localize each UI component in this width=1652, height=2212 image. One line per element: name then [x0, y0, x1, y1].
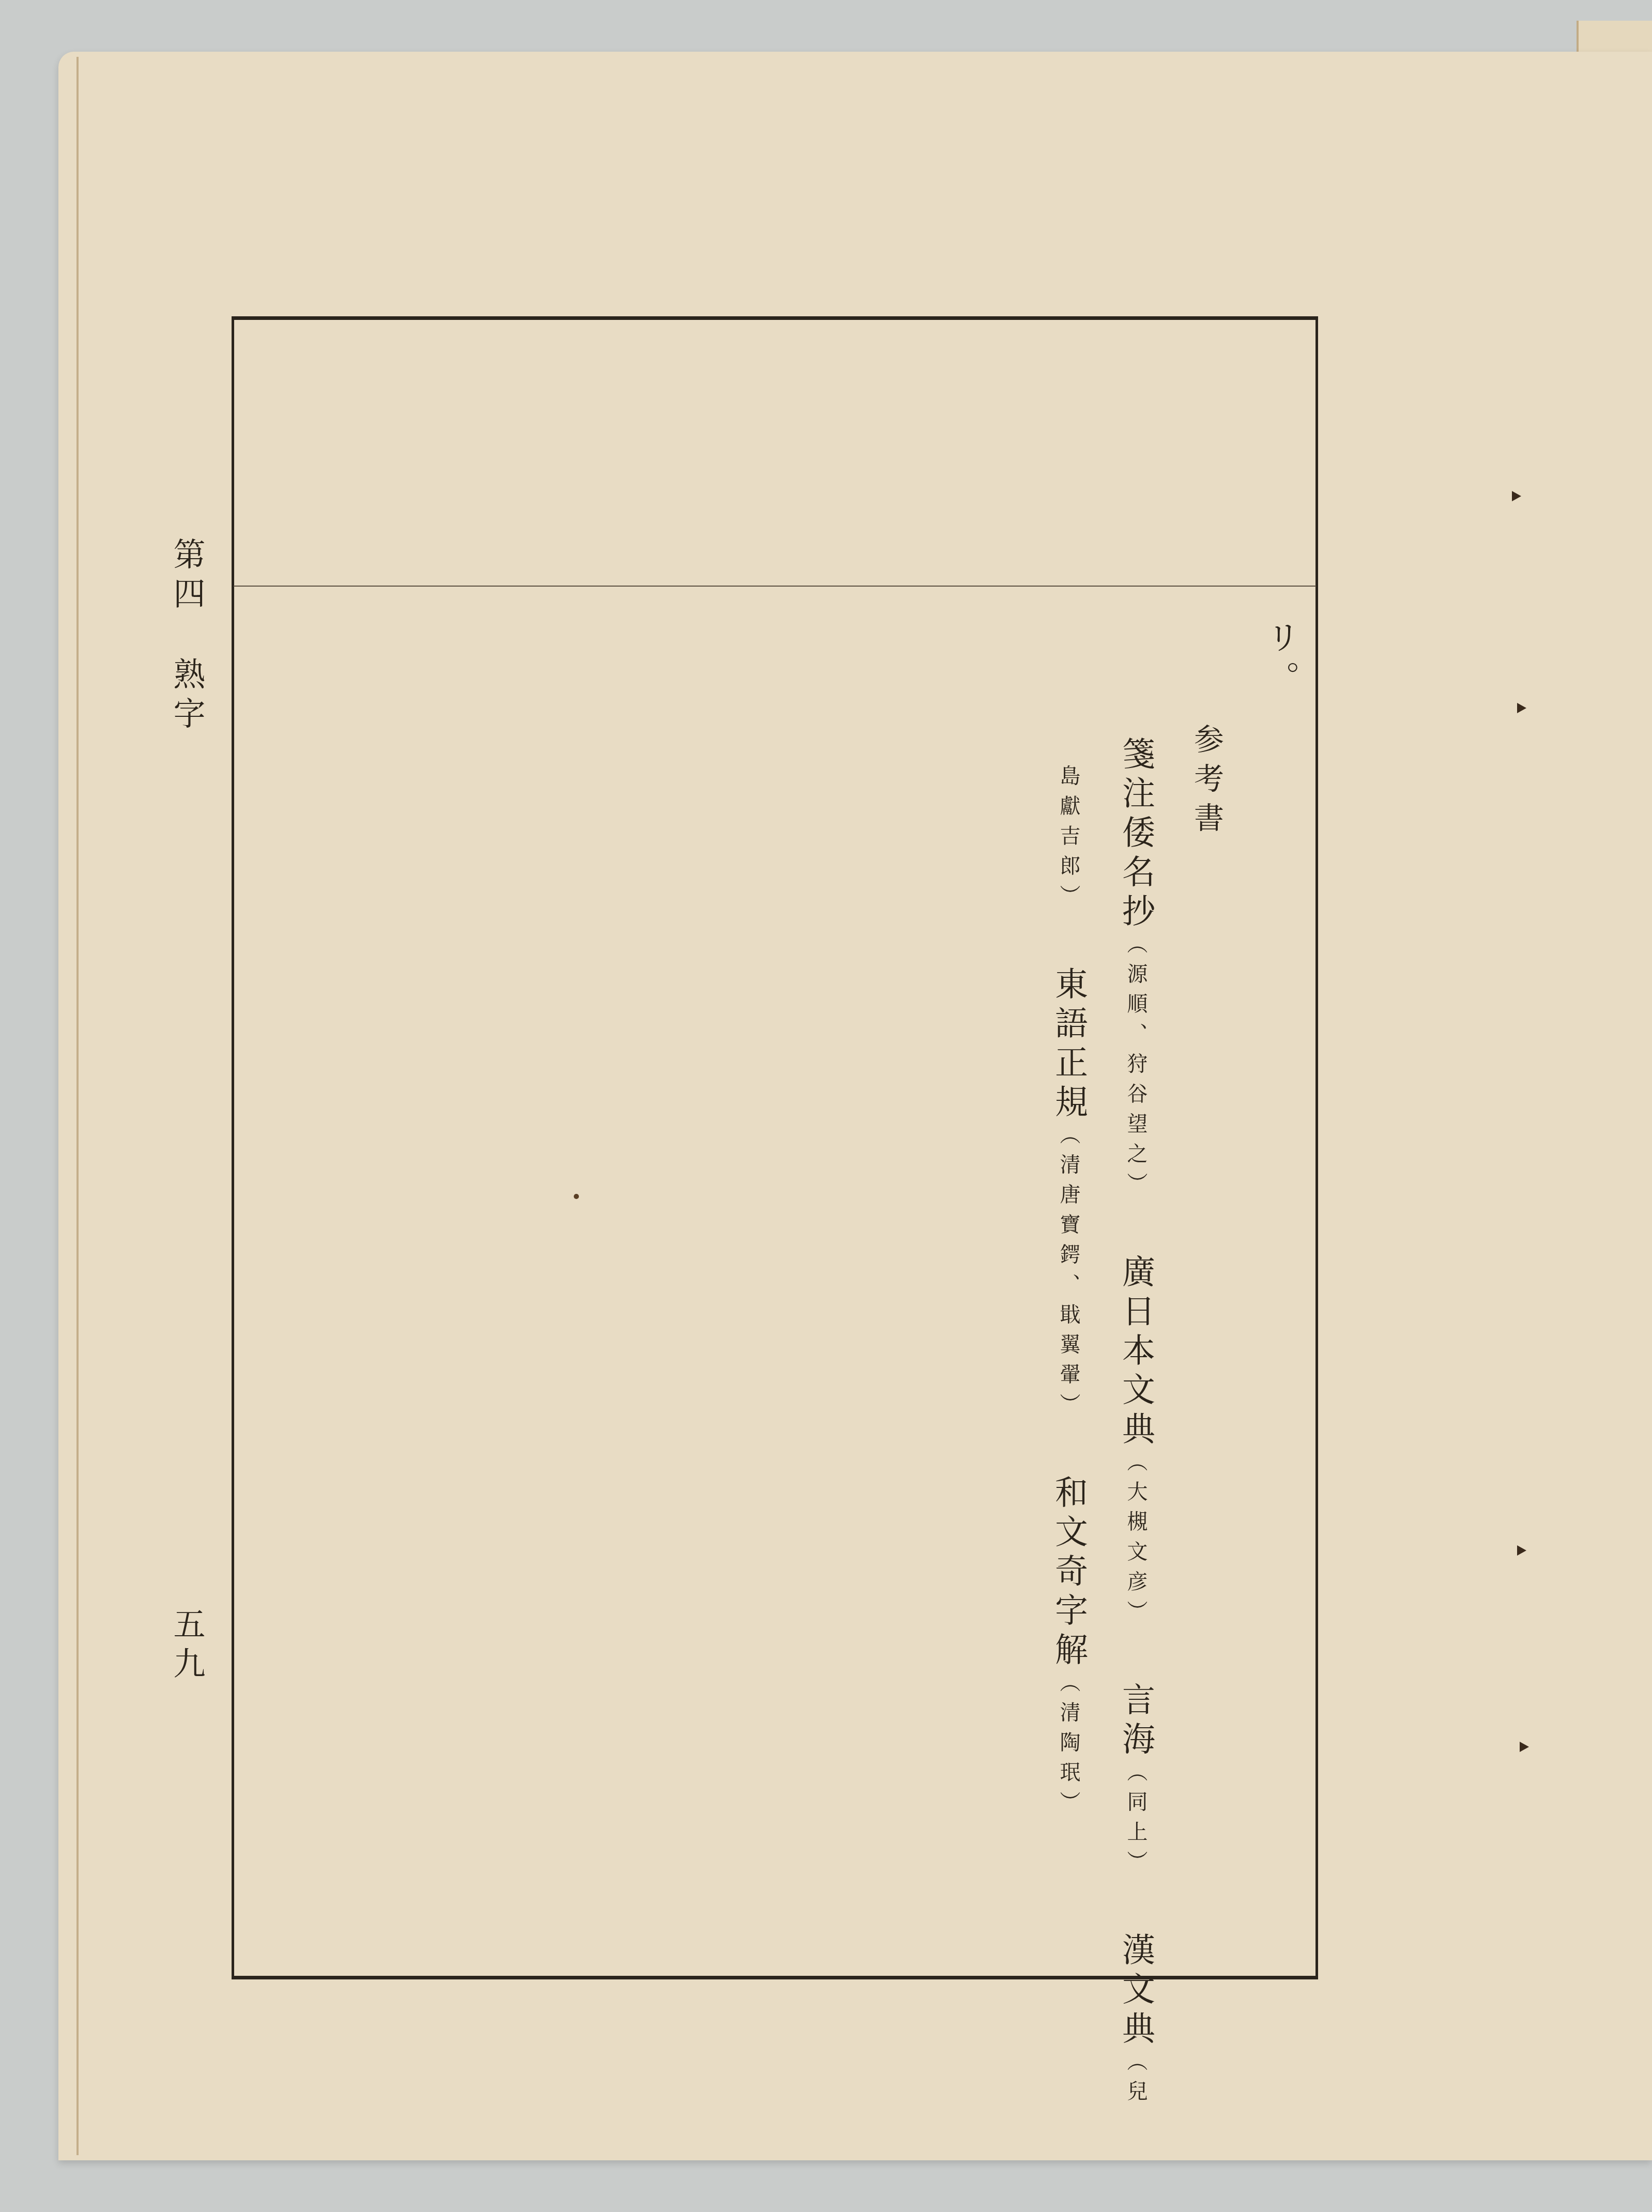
reference-title: 漢文典 — [1116, 1932, 1155, 2050]
reference-title: 東語正規 — [1049, 966, 1088, 1124]
reference-title: 言海 — [1116, 1682, 1155, 1761]
reference-author: （清唐寶鍔、戢翼翬） — [1057, 1124, 1080, 1423]
reference-author-continued: 島獻吉郎） — [1057, 765, 1080, 915]
reference-author: （大槻文彦） — [1124, 1451, 1148, 1631]
running-header: 第四熟字 — [171, 537, 203, 736]
closing-text: リ。 — [1264, 620, 1297, 701]
binding-hole — [1517, 1545, 1526, 1556]
reference-author: （源順、狩谷望之） — [1124, 933, 1148, 1203]
reference-title: 廣日本文典 — [1116, 1254, 1155, 1451]
reference-author: （兒 — [1124, 2050, 1148, 2110]
section-label: 熟字 — [168, 657, 206, 736]
header-rule — [234, 586, 1316, 587]
references-heading: 参考書 — [1191, 724, 1221, 841]
binding-hole — [1520, 1742, 1529, 1752]
chapter-label: 第四 — [168, 537, 206, 616]
reference-title: 和文奇字解 — [1049, 1475, 1088, 1671]
reference-author: （同上） — [1124, 1761, 1148, 1881]
reference-title: 箋注倭名抄 — [1116, 736, 1155, 933]
references-column-1: 箋注倭名抄（源順、狩谷望之）廣日本文典（大槻文彦）言海（同上）漢文典（兒 — [1119, 736, 1152, 2110]
binding-hole — [1512, 491, 1521, 501]
text-frame-border — [232, 316, 1318, 1979]
page-binding-edge — [77, 57, 79, 2155]
paper-speck — [574, 1194, 579, 1199]
references-column-2: 島獻吉郎）東語正規（清唐寶鍔、戢翼翬）和文奇字解（清陶珉） — [1052, 765, 1085, 1821]
reference-author: （清陶珉） — [1057, 1671, 1080, 1821]
binding-hole — [1517, 703, 1526, 713]
page-number: 五九 — [171, 1607, 203, 1686]
